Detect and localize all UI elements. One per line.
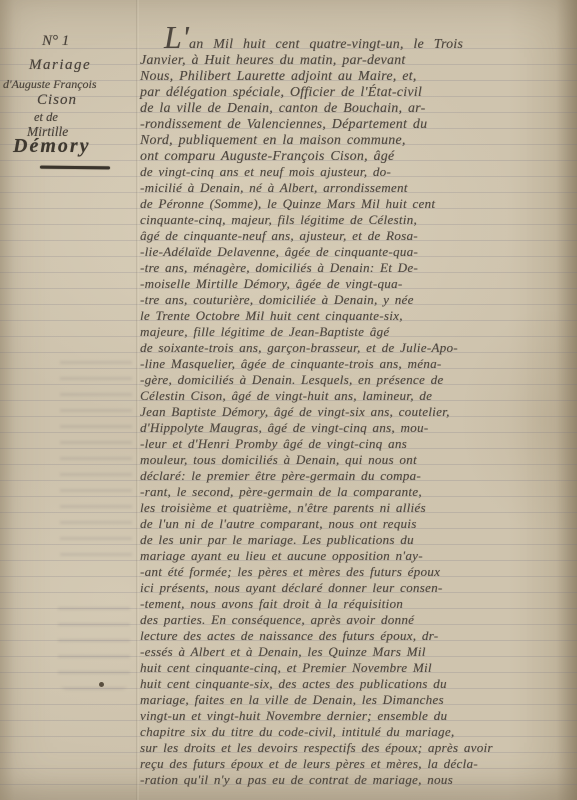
manuscript-text-line: majeure, fille légitime de Jean-Baptiste… <box>140 324 573 340</box>
manuscript-text-line: -tement, nous avons fait droit à la réqu… <box>140 596 573 612</box>
manuscript-text-line: âgé de cinquante-neuf ans, ajusteur, et … <box>140 228 573 244</box>
margin-et-de: et de <box>34 110 58 125</box>
manuscript-text-line: -tre ans, couturière, domiciliée à Denai… <box>140 292 573 308</box>
manuscript-text-line: les troisième et quatrième, n'être paren… <box>140 500 573 516</box>
manuscript-text-line: Célestin Cison, âgé de vingt-huit ans, l… <box>140 388 573 404</box>
manuscript-text-line: -micilié à Denain, né à Albert, arrondis… <box>140 180 573 196</box>
manuscript-page: N° 1 Mariage d'Auguste François Cison et… <box>0 0 577 800</box>
manuscript-text-line: lecture des actes de naissance des futur… <box>140 628 573 644</box>
manuscript-text-line: -rant, le second, père-germain de la com… <box>140 484 573 500</box>
manuscript-text-line: de la ville de Denain, canton de Bouchai… <box>140 100 573 116</box>
manuscript-text-line: le Trente Octobre Mil huit cent cinquant… <box>140 308 573 324</box>
manuscript-text-line: huit cent cinquante-cinq, et Premier Nov… <box>140 660 573 676</box>
flourish-underline <box>40 166 110 169</box>
manuscript-text-line: de Péronne (Somme), le Quinze Mars Mil h… <box>140 196 573 212</box>
manuscript-text-line: déclaré: le premier être père-germain du… <box>140 468 573 484</box>
manuscript-text-line: mariage ayant eu lieu et aucune oppositi… <box>140 548 573 564</box>
margin-bride-surname: Démory <box>13 135 91 158</box>
margin-rule-line <box>136 0 139 800</box>
manuscript-text-line: de soixante-trois ans, garçon-brasseur, … <box>140 340 573 356</box>
manuscript-text-line: Nord, publiquement en la maison commune, <box>140 132 573 148</box>
manuscript-text-line: -ration qu'il n'y a pas eu de contrat de… <box>140 772 573 788</box>
manuscript-text-line: Nous, Philibert Laurette adjoint au Mair… <box>140 68 573 84</box>
manuscript-text-line: -gère, domiciliés à Denain. Lesquels, en… <box>140 372 573 388</box>
manuscript-text-line: de vingt-cinq ans et neuf mois ajusteur,… <box>140 164 573 180</box>
manuscript-text-line: de l'un ni de l'autre comparant, nous on… <box>140 516 573 532</box>
manuscript-text-line: ici présents, nous ayant déclaré donner … <box>140 580 573 596</box>
act-number: N° 1 <box>42 33 69 50</box>
manuscript-text-line: -leur et d'Henri Promby âgé de vingt-cin… <box>140 436 573 452</box>
margin-groom-name: d'Auguste François <box>3 77 97 92</box>
manuscript-text-line: -tre ans, ménagère, domiciliés à Denain:… <box>140 260 573 276</box>
manuscript-text-line: -ant été formée; les pères et mères des … <box>140 564 573 580</box>
manuscript-text-line: -essés à Albert et à Denain, les Quinze … <box>140 644 573 660</box>
manuscript-text-line: d'Hippolyte Maugras, âgé de vingt-cinq a… <box>140 420 573 436</box>
manuscript-text-line: -line Masquelier, âgée de cinquante-troi… <box>140 356 573 372</box>
ink-speck <box>99 682 104 687</box>
manuscript-text-line: chapitre six du titre du code-civil, int… <box>140 724 573 740</box>
manuscript-text-line: mariage, faites en la ville de Denain, l… <box>140 692 573 708</box>
manuscript-text-line: -rondissement de Valenciennes, Départeme… <box>140 116 573 132</box>
manuscript-text-line: mouleur, tous domiciliés à Denain, qui n… <box>140 452 573 468</box>
manuscript-text-line: reçu des futurs époux et de leurs pères … <box>140 756 573 772</box>
margin-groom-surname: Cison <box>37 92 77 109</box>
manuscript-text-line: L'an Mil huit cent quatre-vingt-un, le T… <box>140 36 573 52</box>
manuscript-text-line: cinquante-cinq, majeur, fils légitime de… <box>140 212 573 228</box>
manuscript-text-line: huit cent cinquante-six, des actes des p… <box>140 676 573 692</box>
manuscript-text-line: -lie-Adélaïde Delavenne, âgée de cinquan… <box>140 244 573 260</box>
manuscript-text-line: par délégation spéciale, Officier de l'É… <box>140 84 573 100</box>
manuscript-text-line: Jean Baptiste Démory, âgé de vingt-six a… <box>140 404 573 420</box>
manuscript-text-line: sur les droits et les devoirs respectifs… <box>140 740 573 756</box>
act-body-text: L'an Mil huit cent quatre-vingt-un, le T… <box>140 36 573 788</box>
manuscript-text-line: vingt-un et vingt-huit Novembre dernier;… <box>140 708 573 724</box>
margin-annotations: N° 1 Mariage d'Auguste François Cison et… <box>0 0 136 800</box>
margin-mariage-label: Mariage <box>29 57 91 74</box>
manuscript-text-line: Janvier, à Huit heures du matin, par-dev… <box>140 52 573 68</box>
manuscript-text-line: ont comparu Auguste-François Cison, âgé <box>140 148 573 164</box>
manuscript-text-line: -moiselle Mirtille Démory, âgée de vingt… <box>140 276 573 292</box>
manuscript-text-line: de les unir par le mariage. Les publicat… <box>140 532 573 548</box>
manuscript-text-line: des parties. En conséquence, après avoir… <box>140 612 573 628</box>
